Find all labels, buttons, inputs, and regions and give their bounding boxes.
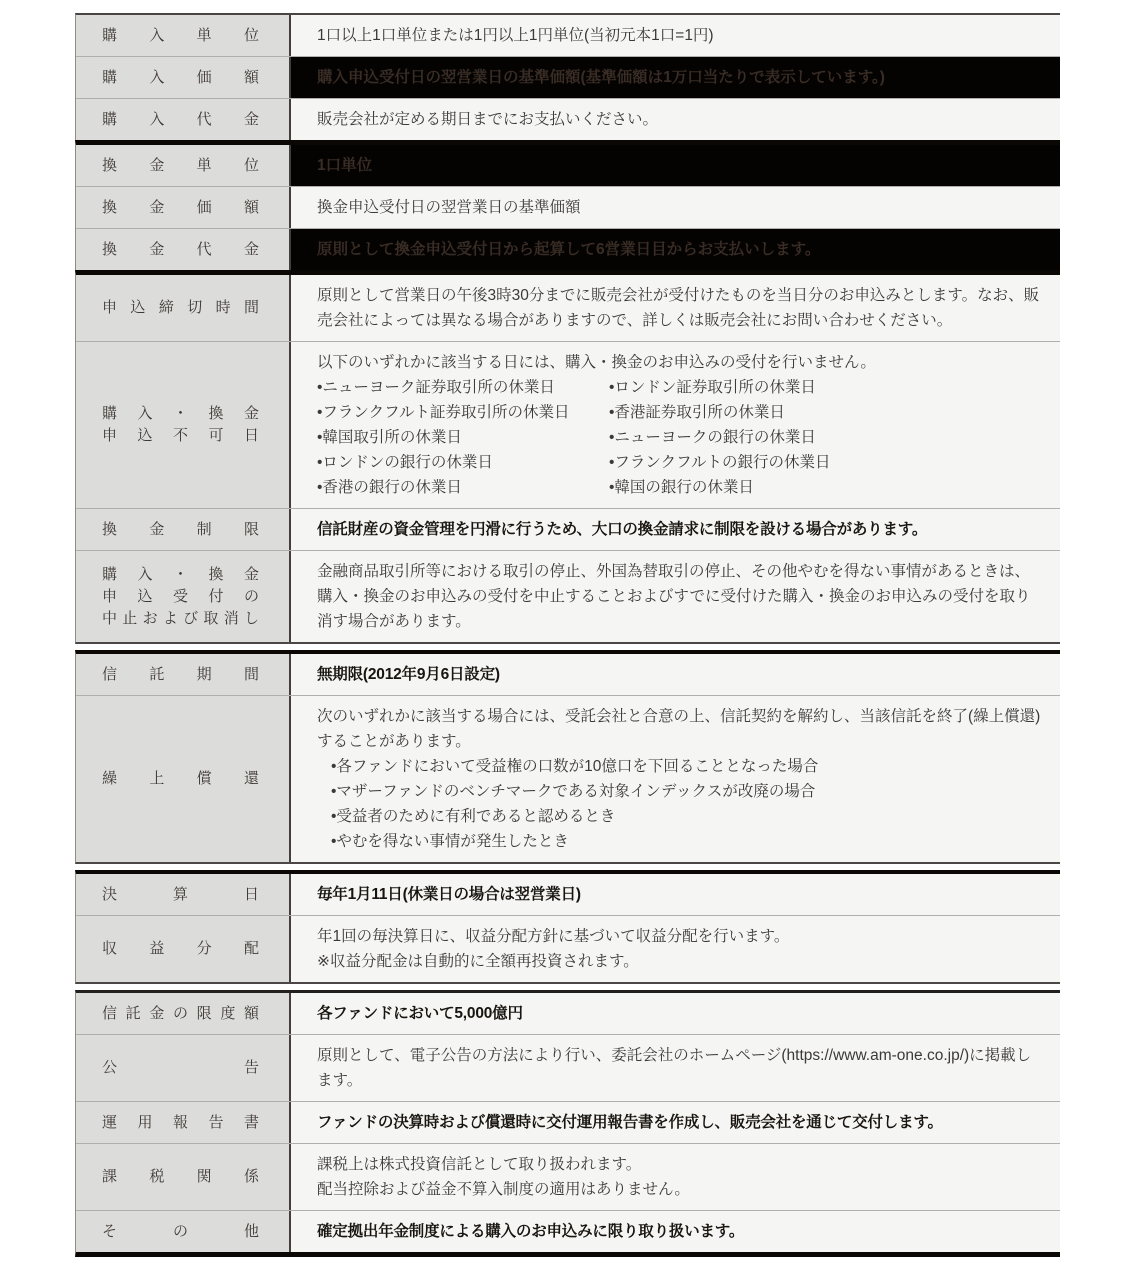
row-redemption-payment: 換金代金 原則として換金申込受付日から起算して6営業日目からお支払いします。: [76, 228, 1060, 270]
row-body-text: 原則として換金申込受付日から起算して6営業日目からお支払いします。: [317, 237, 1042, 262]
row-body-text: 年1回の毎決算日に、収益分配方針に基づいて収益分配を行います。: [317, 924, 1042, 949]
row-body-suspension: 金融商品取引所等における取引の停止、外国為替取引の停止、その他やむを得ない事情が…: [291, 551, 1060, 642]
row-trust-limit: 信託金の限度額 各ファンドにおいて5,000億円: [76, 993, 1060, 1034]
row-body-text: 販売会社が定める期日までにお支払いください。: [317, 107, 1042, 132]
row-body-text: 確定拠出年金制度による購入のお申込みに限り取り扱います。: [317, 1219, 1042, 1244]
row-body-text: 原則として、電子公告の方法により行い、委託会社のホームページ(https://w…: [317, 1043, 1042, 1093]
row-header-redemption-payment: 換金代金: [76, 229, 291, 270]
row-settlement-date: 決算日 毎年1月11日(休業日の場合は翌営業日): [76, 874, 1060, 915]
row-header-redemption-limit: 換金制限: [76, 509, 291, 550]
row-header-settlement-date: 決算日: [76, 874, 291, 915]
closed-day-item: •フランクフルト証券取引所の休業日: [317, 400, 609, 425]
row-header-management-report: 運用報告書: [76, 1102, 291, 1143]
row-body-early-redemption: 次のいずれかに該当する場合には、受託会社と合意の上、信託契約を解約し、当該信託を…: [291, 696, 1060, 862]
early-redemption-items: •各ファンドにおいて受益権の口数が10億口を下回ることとなった場合 •マザーファ…: [331, 754, 1042, 854]
row-body-redemption-limit: 信託財産の資金管理を円滑に行うため、大口の換金請求に制限を設ける場合があります。: [291, 509, 1060, 550]
row-body-redemption-payment-highlighted: 原則として換金申込受付日から起算して6営業日目からお支払いします。: [291, 229, 1060, 270]
row-header-label: 申込締切時間: [102, 297, 259, 319]
row-body-text: 毎年1月11日(休業日の場合は翌営業日): [317, 882, 1042, 907]
section-misc: 信託金の限度額 各ファンドにおいて5,000億円 公告 原則として、電子公告の方…: [75, 990, 1060, 1257]
row-closed-days: 購入・換金 申込不可日 以下のいずれかに該当する日には、購入・換金のお申込みの受…: [76, 341, 1060, 508]
row-header-label: 中止および取消し: [102, 608, 259, 630]
row-header-income-distribution: 収益分配: [76, 916, 291, 982]
row-header-public-notice: 公告: [76, 1035, 291, 1101]
closed-day-item: •フランクフルトの銀行の休業日: [609, 450, 1042, 475]
row-management-report: 運用報告書 ファンドの決算時および償還時に交付運用報告書を作成し、販売会社を通じ…: [76, 1101, 1060, 1143]
closed-day-item: •ロンドンの銀行の休業日: [317, 450, 609, 475]
row-body-redemption-price: 換金申込受付日の翌営業日の基準価額: [291, 187, 1060, 228]
row-body-purchase-payment: 販売会社が定める期日までにお支払いください。: [291, 99, 1060, 140]
row-header-redemption-price: 換金価額: [76, 187, 291, 228]
section-redemption: 換金単位 1口単位 換金価額 換金申込受付日の翌営業日の基準価額 換金代金: [75, 140, 1060, 270]
row-header-label: 課税関係: [102, 1166, 259, 1188]
row-body-purchase-price-highlighted: 購入申込受付日の翌営業日の基準価額(基準価額は1万口当たりで表示しています。): [291, 57, 1060, 98]
row-public-notice: 公告 原則として、電子公告の方法により行い、委託会社のホームページ(https:…: [76, 1034, 1060, 1101]
section-purchase: 購入単位 1口以上1口単位または1円以上1円単位(当初元本1口=1円) 購入価額…: [75, 13, 1060, 140]
section-trust-period: 信託期間 無期限(2012年9月6日設定) 繰上償還 次のいずれかに該当する場合…: [75, 650, 1060, 864]
fund-terms-document-page: 購入単位 1口以上1口単位または1円以上1円単位(当初元本1口=1円) 購入価額…: [0, 0, 1130, 1270]
closed-day-item: •ニューヨークの銀行の休業日: [609, 425, 1042, 450]
row-body-text: 1口単位: [317, 153, 1042, 178]
row-purchase-price: 購入価額 購入申込受付日の翌営業日の基準価額(基準価額は1万口当たりで表示してい…: [76, 56, 1060, 98]
closed-day-item: •ニューヨーク証券取引所の休業日: [317, 375, 609, 400]
row-header-label: 申込受付の: [102, 586, 259, 608]
row-header-label: 繰上償還: [102, 768, 259, 790]
row-header-label: 申込不可日: [102, 425, 259, 447]
row-body-text: 原則として営業日の午後3時30分までに販売会社が受付けたものを当日分のお申込みと…: [317, 283, 1042, 333]
row-body-text: 無期限(2012年9月6日設定): [317, 662, 1042, 687]
closed-day-item: •韓国の銀行の休業日: [609, 475, 1042, 500]
row-trust-period: 信託期間 無期限(2012年9月6日設定): [76, 654, 1060, 695]
row-header-purchase-price: 購入価額: [76, 57, 291, 98]
row-cutoff-time: 申込締切時間 原則として営業日の午後3時30分までに販売会社が受付けたものを当日…: [76, 275, 1060, 341]
closed-day-item: •韓国取引所の休業日: [317, 425, 609, 450]
row-header-label: 公告: [102, 1057, 259, 1079]
early-redemption-item: •やむを得ない事情が発生したとき: [331, 829, 1042, 854]
row-body-text: 配当控除および益金不算入制度の適用はありません。: [317, 1177, 1042, 1202]
closed-day-item: •ロンドン証券取引所の休業日: [609, 375, 1042, 400]
row-body-text: 換金申込受付日の翌営業日の基準価額: [317, 195, 1042, 220]
closed-days-left-column: •ニューヨーク証券取引所の休業日 •フランクフルト証券取引所の休業日 •韓国取引…: [317, 375, 609, 500]
closed-days-right-column: •ロンドン証券取引所の休業日 •香港証券取引所の休業日 •ニューヨークの銀行の休…: [609, 375, 1042, 500]
row-purchase-payment: 購入代金 販売会社が定める期日までにお支払いください。: [76, 98, 1060, 140]
row-body-settlement-date: 毎年1月11日(休業日の場合は翌営業日): [291, 874, 1060, 915]
row-body-text: 信託財産の資金管理を円滑に行うため、大口の換金請求に制限を設ける場合があります。: [317, 517, 1042, 542]
row-redemption-limit: 換金制限 信託財産の資金管理を円滑に行うため、大口の換金請求に制限を設ける場合が…: [76, 508, 1060, 550]
row-header-label: 決算日: [102, 884, 259, 906]
row-header-label: 購入・換金: [102, 564, 259, 586]
early-redemption-item: •各ファンドにおいて受益権の口数が10億口を下回ることとなった場合: [331, 754, 1042, 779]
row-header-label: 購入単位: [102, 25, 259, 47]
row-header-redemption-unit: 換金単位: [76, 145, 291, 186]
early-redemption-intro: 次のいずれかに該当する場合には、受託会社と合意の上、信託契約を解約し、当該信託を…: [317, 704, 1042, 754]
row-header-purchase-payment: 購入代金: [76, 99, 291, 140]
row-header-label: 購入・換金: [102, 403, 259, 425]
section-settlement: 決算日 毎年1月11日(休業日の場合は翌営業日) 収益分配 年1回の毎決算日に、…: [75, 870, 1060, 984]
row-header-cutoff-time: 申込締切時間: [76, 275, 291, 341]
row-body-income-distribution: 年1回の毎決算日に、収益分配方針に基づいて収益分配を行います。 ※収益分配金は自…: [291, 916, 1060, 982]
row-body-text: ファンドの決算時および償還時に交付運用報告書を作成し、販売会社を通じて交付します…: [317, 1110, 1042, 1135]
row-purchase-unit: 購入単位 1口以上1口単位または1円以上1円単位(当初元本1口=1円): [76, 15, 1060, 56]
row-body-text: 購入申込受付日の翌営業日の基準価額(基準価額は1万口当たりで表示しています。): [317, 65, 1042, 90]
row-header-early-redemption: 繰上償還: [76, 696, 291, 862]
row-header-taxation: 課税関係: [76, 1144, 291, 1210]
row-header-trust-limit: 信託金の限度額: [76, 993, 291, 1034]
row-body-text: ※収益分配金は自動的に全額再投資されます。: [317, 949, 1042, 974]
row-body-trust-period: 無期限(2012年9月6日設定): [291, 654, 1060, 695]
row-redemption-price: 換金価額 換金申込受付日の翌営業日の基準価額: [76, 186, 1060, 228]
row-body-text: 1口以上1口単位または1円以上1円単位(当初元本1口=1円): [317, 23, 1042, 48]
section-application: 申込締切時間 原則として営業日の午後3時30分までに販売会社が受付けたものを当日…: [75, 270, 1060, 644]
row-body-other: 確定拠出年金制度による購入のお申込みに限り取り扱います。: [291, 1211, 1060, 1252]
fund-overview-table: 購入単位 1口以上1口単位または1円以上1円単位(当初元本1口=1円) 購入価額…: [75, 13, 1060, 1257]
row-header-label: 換金単位: [102, 155, 259, 177]
row-header-label: 購入代金: [102, 109, 259, 131]
row-redemption-unit: 換金単位 1口単位: [76, 145, 1060, 186]
row-header-label: 収益分配: [102, 938, 259, 960]
row-suspension: 購入・換金 申込受付の 中止および取消し 金融商品取引所等における取引の停止、外…: [76, 550, 1060, 642]
row-header-label: 換金価額: [102, 197, 259, 219]
early-redemption-item: •マザーファンドのベンチマークである対象インデックスが改廃の場合: [331, 779, 1042, 804]
closed-day-item: •香港の銀行の休業日: [317, 475, 609, 500]
row-header-label: 運用報告書: [102, 1112, 259, 1134]
row-income-distribution: 収益分配 年1回の毎決算日に、収益分配方針に基づいて収益分配を行います。 ※収益…: [76, 915, 1060, 982]
row-body-redemption-unit-highlighted: 1口単位: [291, 145, 1060, 186]
row-body-text: 金融商品取引所等における取引の停止、外国為替取引の停止、その他やむを得ない事情が…: [317, 559, 1042, 634]
row-header-label: 換金制限: [102, 519, 259, 541]
row-body-text: 各ファンドにおいて5,000億円: [317, 1001, 1042, 1026]
row-header-label: 信託期間: [102, 664, 259, 686]
row-early-redemption: 繰上償還 次のいずれかに該当する場合には、受託会社と合意の上、信託契約を解約し、…: [76, 695, 1060, 862]
closed-days-intro: 以下のいずれかに該当する日には、購入・換金のお申込みの受付を行いません。: [317, 350, 1042, 375]
row-other: その他 確定拠出年金制度による購入のお申込みに限り取り扱います。: [76, 1210, 1060, 1252]
row-body-purchase-unit: 1口以上1口単位または1円以上1円単位(当初元本1口=1円): [291, 15, 1060, 56]
row-header-label: 信託金の限度額: [102, 1003, 259, 1025]
row-body-text: 課税上は株式投資信託として取り扱われます。: [317, 1152, 1042, 1177]
row-header-purchase-unit: 購入単位: [76, 15, 291, 56]
row-body-management-report: ファンドの決算時および償還時に交付運用報告書を作成し、販売会社を通じて交付します…: [291, 1102, 1060, 1143]
row-taxation: 課税関係 課税上は株式投資信託として取り扱われます。 配当控除および益金不算入制…: [76, 1143, 1060, 1210]
row-header-suspension: 購入・換金 申込受付の 中止および取消し: [76, 551, 291, 642]
row-header-closed-days: 購入・換金 申込不可日: [76, 342, 291, 508]
early-redemption-item: •受益者のために有利であると認めるとき: [331, 804, 1042, 829]
row-body-trust-limit: 各ファンドにおいて5,000億円: [291, 993, 1060, 1034]
row-body-cutoff-time: 原則として営業日の午後3時30分までに販売会社が受付けたものを当日分のお申込みと…: [291, 275, 1060, 341]
row-body-taxation: 課税上は株式投資信託として取り扱われます。 配当控除および益金不算入制度の適用は…: [291, 1144, 1060, 1210]
row-header-other: その他: [76, 1211, 291, 1252]
row-header-label: 購入価額: [102, 67, 259, 89]
row-header-trust-period: 信託期間: [76, 654, 291, 695]
row-body-closed-days: 以下のいずれかに該当する日には、購入・換金のお申込みの受付を行いません。 •ニュ…: [291, 342, 1060, 508]
row-header-label: その他: [102, 1221, 259, 1243]
row-body-public-notice: 原則として、電子公告の方法により行い、委託会社のホームページ(https://w…: [291, 1035, 1060, 1101]
closed-day-item: •香港証券取引所の休業日: [609, 400, 1042, 425]
closed-days-columns: •ニューヨーク証券取引所の休業日 •フランクフルト証券取引所の休業日 •韓国取引…: [317, 375, 1042, 500]
row-header-label: 換金代金: [102, 239, 259, 261]
